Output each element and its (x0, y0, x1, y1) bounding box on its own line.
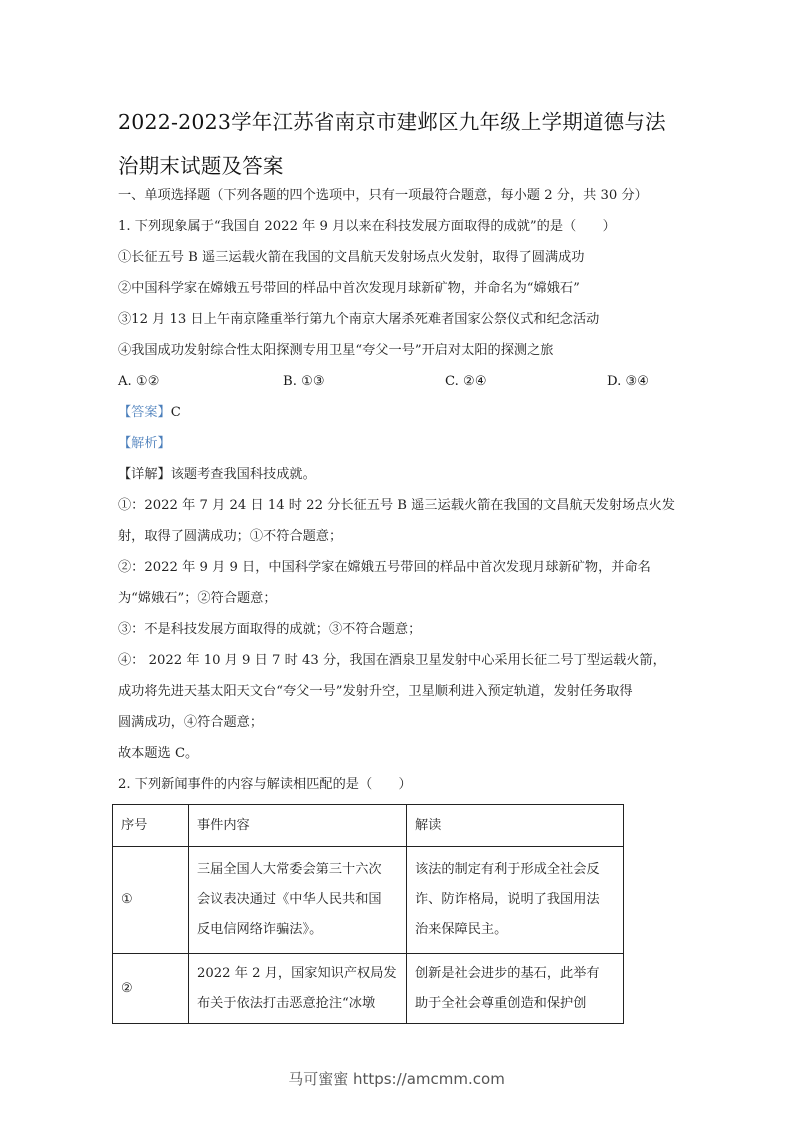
row-index: ① (113, 847, 189, 954)
header-reading: 解读 (407, 805, 624, 847)
watermark-footer: 马可蜜蜜 https://amcmm.com (0, 1068, 793, 1089)
question-1-stem: 1. 下列现象属于“我国自 2022 年 9 月以来在科技发展方面取得的成就”的… (118, 217, 698, 237)
answer-tag: 【答案】 (118, 405, 171, 420)
explanation-line: ②：2022 年 9 月 9 日，中国科学家在嫦娥五号带回的样品中首次发现月球新… (118, 558, 698, 578)
explanation-line: 射，取得了圆满成功；①不符合题意； (118, 527, 698, 547)
analysis-tag: 【解析】 (118, 436, 171, 451)
explanation-line: ①：2022 年 7 月 24 日 14 时 22 分长征五号 B 遥三运载火箭… (118, 496, 698, 516)
cell-text: 2022 年 2 月，国家知识产权局发 (197, 959, 398, 989)
explanation-line: 成功将先进天基太阳天文台“夸父一号”发射升空，卫星顺利进入预定轨道，发射任务取得 (118, 682, 698, 702)
cell-text: 助于全社会尊重创造和保护创 (415, 989, 615, 1019)
row-reading: 该法的制定有利于形成全社会反 诈、防诈格局，说明了我国用法 治来保障民主。 (407, 847, 624, 954)
q1-option-b: B. ①③ (283, 372, 325, 392)
row-event: 三届全国人大常委会第三十六次 会议表决通过《中华人民共和国 反电信网络诈骗法》。 (189, 847, 407, 954)
q1-answer: 【答案】C (118, 403, 698, 423)
header-index: 序号 (113, 805, 189, 847)
question-2-stem: 2. 下列新闻事件的内容与解读相匹配的是（ ） (118, 775, 698, 795)
cell-text: 创新是社会进步的基石，此举有 (415, 959, 615, 989)
q2-news-table: 序号 事件内容 解读 ① 三届全国人大常委会第三十六次 会议表决通过《中华人民共… (112, 804, 624, 1024)
cell-text: 治来保障民主。 (415, 915, 615, 945)
q1-option-d: D. ③④ (607, 372, 649, 392)
detail-tag: 【详解】 (118, 467, 171, 482)
q1-detail: 【详解】该题考查我国科技成就。 (118, 465, 698, 485)
q1-statement-2: ②中国科学家在嫦娥五号带回的样品中首次发现月球新矿物，并命名为“嫦娥石” (118, 279, 698, 299)
conclusion-line: 故本题选 C。 (118, 744, 698, 764)
q1-option-c: C. ②④ (445, 372, 487, 392)
header-event: 事件内容 (189, 805, 407, 847)
title-line-1: 2022-2023学年江苏省南京市建邺区九年级上学期道德与法 (118, 100, 688, 144)
cell-text: 诈、防诈格局，说明了我国用法 (415, 885, 615, 915)
q1-statement-1: ①长征五号 B 遥三运载火箭在我国的文昌航天发射场点火发射，取得了圆满成功 (118, 248, 698, 268)
explanation-line: ④： 2022 年 10 月 9 日 7 时 43 分，我国在酒泉卫星发射中心采… (118, 651, 698, 671)
cell-text: 会议表决通过《中华人民共和国 (197, 885, 398, 915)
table-row: ① 三届全国人大常委会第三十六次 会议表决通过《中华人民共和国 反电信网络诈骗法… (113, 847, 624, 954)
document-title: 2022-2023学年江苏省南京市建邺区九年级上学期道德与法 治期末试题及答案 (118, 100, 688, 188)
detail-intro: 该题考查我国科技成就。 (171, 467, 316, 482)
q1-analysis: 【解析】 (118, 434, 698, 454)
answer-value: C (171, 405, 181, 420)
cell-text: 反电信网络诈骗法》。 (197, 915, 398, 945)
table-header-row: 序号 事件内容 解读 (113, 805, 624, 847)
row-event: 2022 年 2 月，国家知识产权局发 布关于依法打击恶意抢注“冰墩 (189, 954, 407, 1024)
cell-text: 该法的制定有利于形成全社会反 (415, 855, 615, 885)
cell-text: 三届全国人大常委会第三十六次 (197, 855, 398, 885)
q1-option-a: A. ①② (118, 372, 160, 392)
q1-statement-4: ④我国成功发射综合性太阳探测专用卫星“夸父一号”开启对太阳的探测之旅 (118, 341, 698, 361)
row-reading: 创新是社会进步的基石，此举有 助于全社会尊重创造和保护创 (407, 954, 624, 1024)
explanation-line: 圆满成功，④符合题意； (118, 713, 698, 733)
table-row: ② 2022 年 2 月，国家知识产权局发 布关于依法打击恶意抢注“冰墩 创新是… (113, 954, 624, 1024)
cell-text: 布关于依法打击恶意抢注“冰墩 (197, 989, 398, 1019)
q1-statement-3: ③12 月 13 日上午南京隆重举行第九个南京大屠杀死难者国家公祭仪式和纪念活动 (118, 310, 698, 330)
explanation-line: ③：不是科技发展方面取得的成就；③不符合题意； (118, 620, 698, 640)
explanation-line: 为“嫦娥石”；②符合题意； (118, 589, 698, 609)
title-line-2: 治期末试题及答案 (118, 144, 688, 188)
section-heading: 一、单项选择题（下列各题的四个选项中，只有一项最符合题意，每小题 2 分，共 3… (118, 186, 698, 206)
row-index: ② (113, 954, 189, 1024)
